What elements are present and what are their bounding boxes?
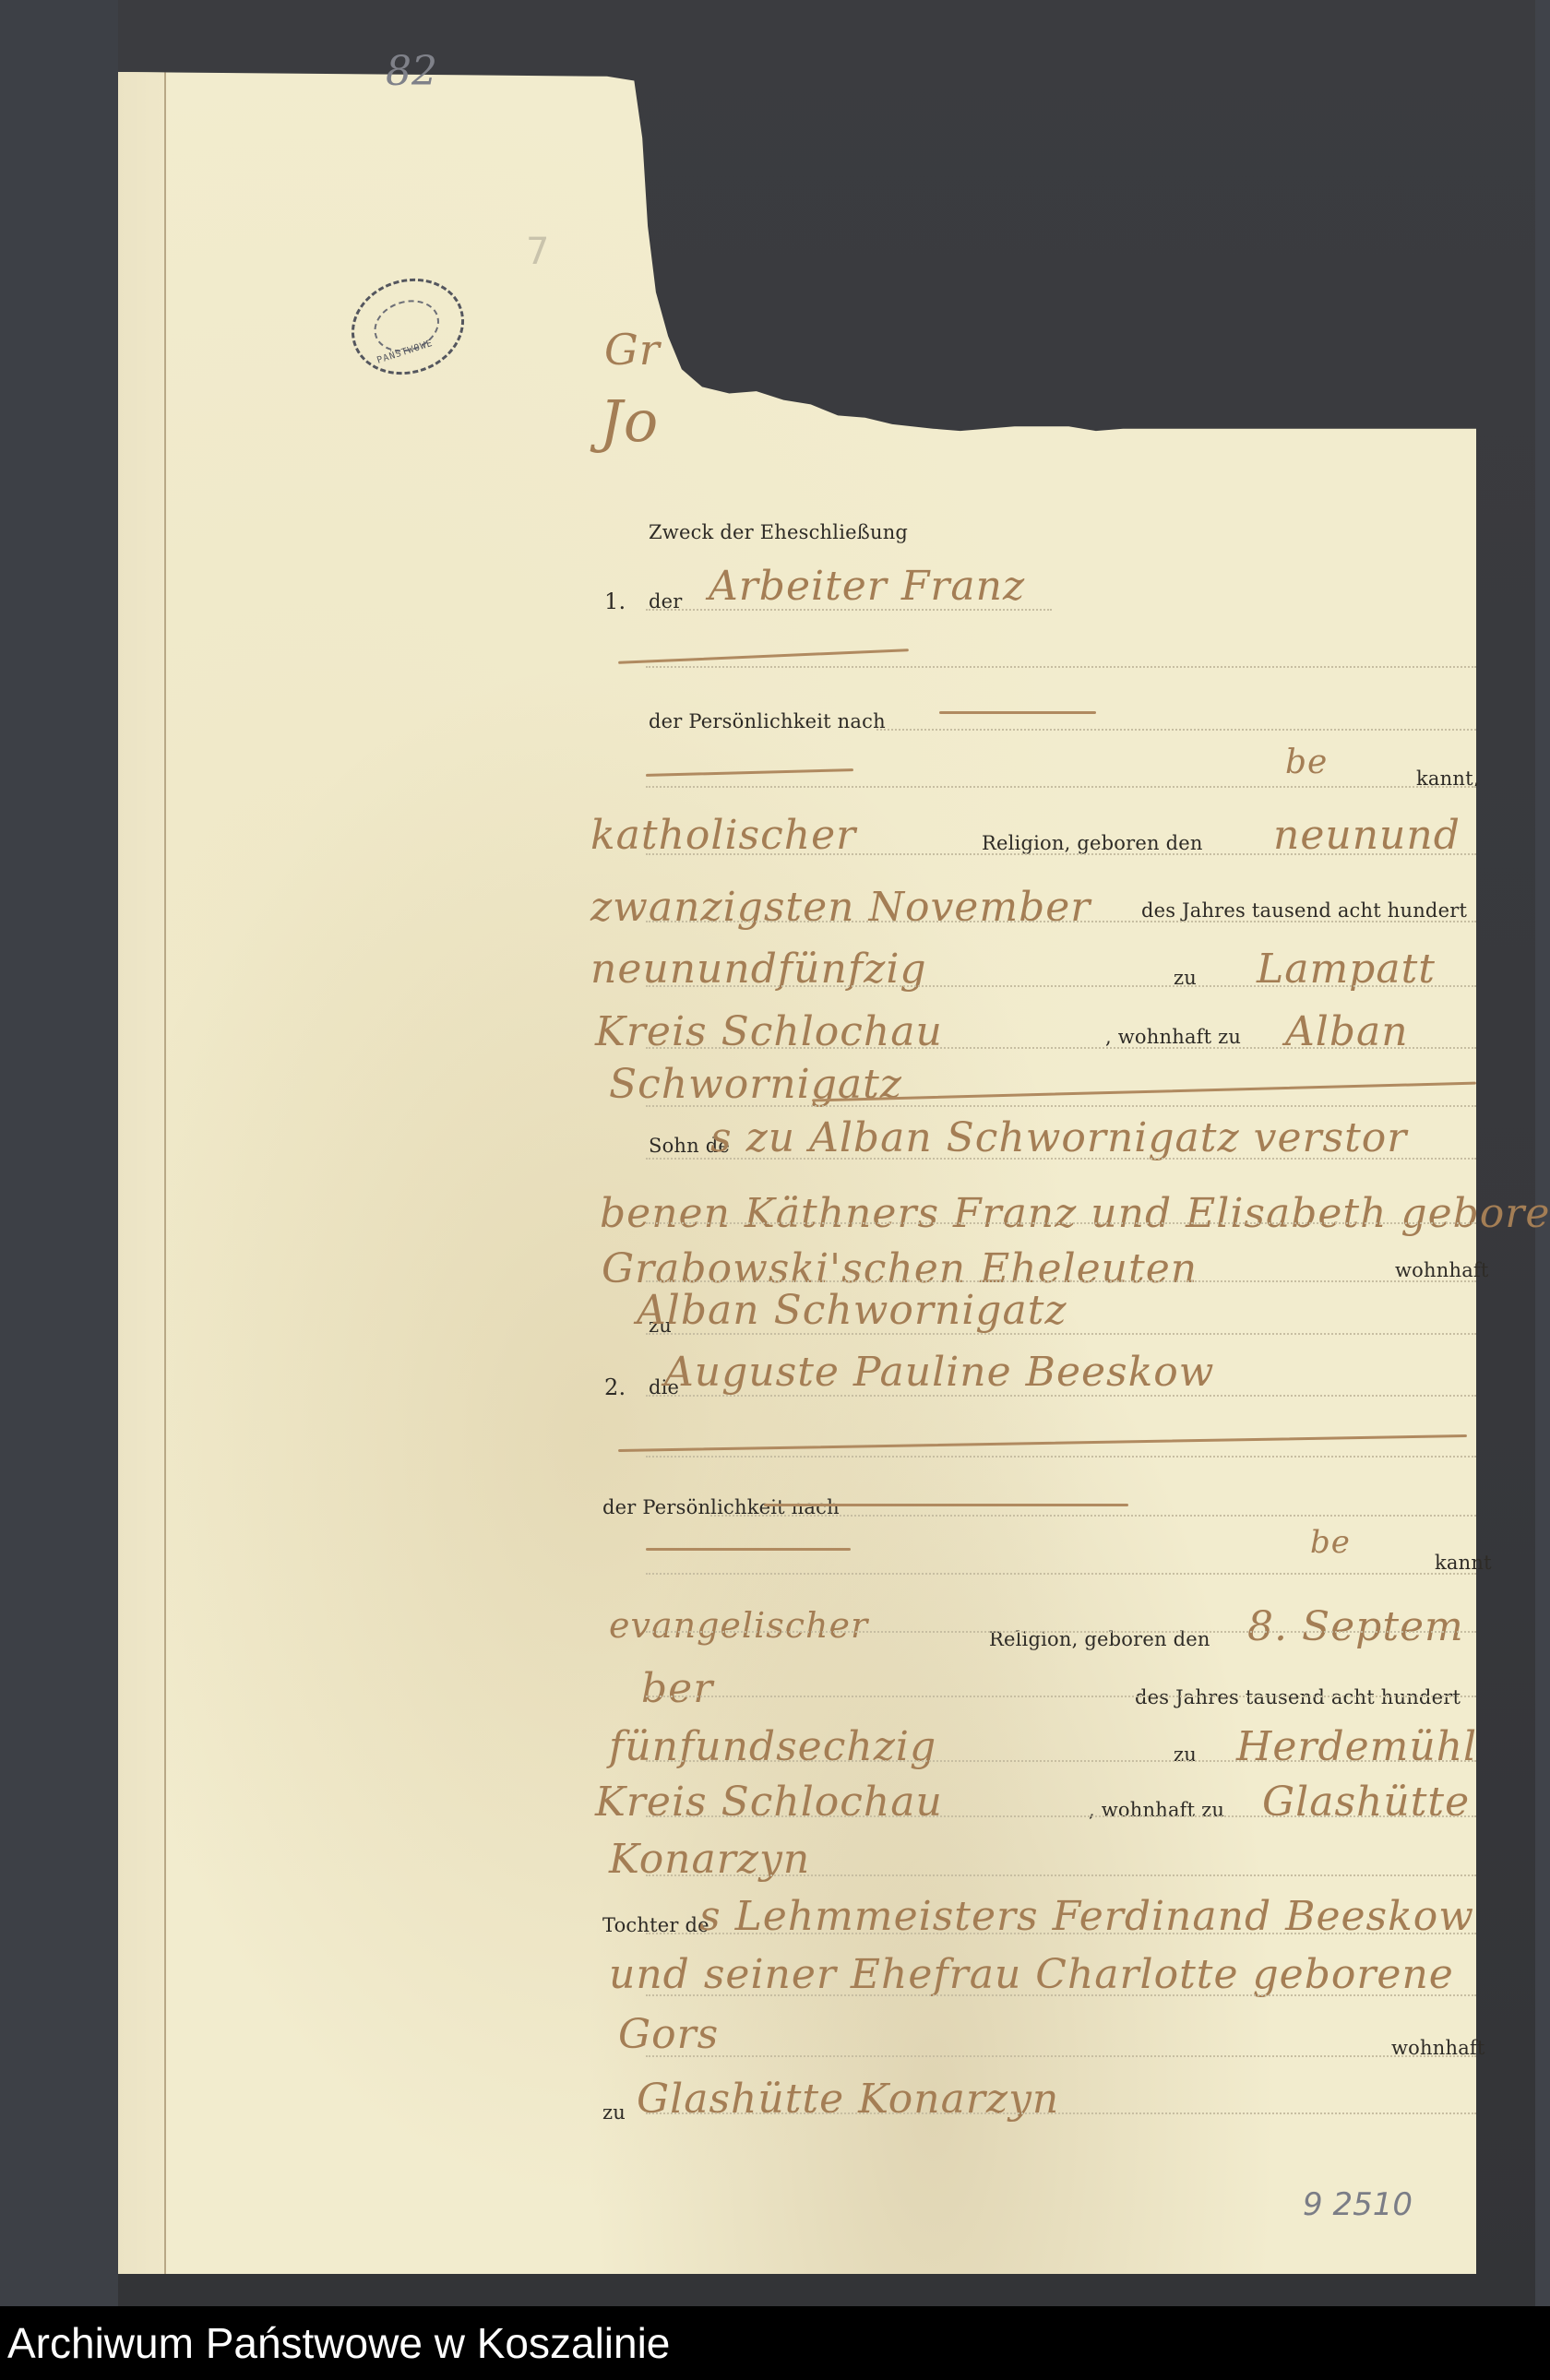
binding-strip [118,72,166,2274]
form-line [646,1933,1476,1934]
party-1-residence-2: Schwornigatz [609,1061,902,1108]
backdrop-right-edge [1535,0,1550,2306]
party-2-parents-residence-prefix: zu [602,2101,626,2124]
form-line [646,1395,1476,1397]
form-line [646,1815,1476,1817]
form-line [646,2112,1476,2114]
form-line [646,1760,1476,1762]
party-1-residence-label: , wohnhaft zu [1105,1026,1241,1048]
form-line [646,1573,1476,1575]
pencil-mark: 7 [526,231,549,273]
fill-stroke [764,1504,1128,1506]
form-line [646,1158,1476,1160]
form-line [646,1874,1476,1876]
header-hand-line-1: Gr [604,325,661,375]
fill-stroke [939,711,1096,714]
party-1-birth-day-2: zwanzigsten November [590,884,1091,931]
page-reference-number: 9 2510 [1303,2186,1413,2223]
form-line [646,1994,1476,1996]
party-1-number: 1. [604,589,626,614]
party-2-birthplace: Herdemühl [1236,1723,1477,1770]
form-line [710,1515,1476,1517]
party-2-district: Kreis Schlochau [595,1779,943,1826]
form-line [646,1280,1476,1282]
party-1-religion-label: Religion, geboren den [982,832,1203,854]
party-2-religion: evangelischer [609,1605,868,1646]
party-1-identity-label: der Persönlichkeit nach [649,710,886,732]
party-2-parents-3: Gors [618,2011,719,2058]
party-2-birth-year: fünfundsechzig [609,1723,936,1770]
form-line [646,1456,1476,1458]
form-line [646,786,1476,788]
form-line [646,1696,1476,1697]
party-2-year-label: des Jahres tausend acht hundert [1135,1686,1461,1708]
folio-number: 82 [386,48,437,95]
party-1-year-label: des Jahres tausend acht hundert [1141,899,1467,922]
party-2-name: Auguste Pauline Beeskow [664,1349,1214,1396]
party-1-parents-3: Grabowski'schen Eheleuten [602,1245,1198,1292]
party-2-birth-day: 8. Septem [1247,1603,1464,1650]
form-line [646,985,1476,987]
backdrop-left-panel [0,0,118,2306]
form-line [646,1105,1476,1107]
party-1-religion: katholischer [590,812,856,859]
party-1-name: Arbeiter Franz [709,563,1025,610]
party-2-number: 2. [604,1374,626,1400]
form-line [646,853,1476,855]
form-line [876,729,1476,731]
party-2-residence-label: , wohnhaft zu [1089,1799,1224,1821]
fill-stroke [646,1548,851,1551]
party-1-parents-residence-label: wohnhaft [1395,1259,1489,1281]
party-1-birth-day: neunund [1273,812,1461,859]
party-2-birthplace-label: zu [1174,1743,1197,1766]
archive-caption: Archiwum Państwowe w Koszalinie [7,2318,670,2368]
form-line [646,666,1476,668]
form-line [646,2055,1476,2057]
form-line [646,1333,1476,1335]
party-1-article: der [649,590,683,613]
party-1-parents-residence: Alban Schwornigatz [637,1287,1067,1334]
party-1-parents-1: s zu Alban Schwornigatz verstor [710,1114,1407,1161]
party-1-parents-2: benen Käthners Franz und Elisabeth gebor… [600,1190,1550,1237]
party-2-parents-residence: Glashütte Konarzyn [637,2076,1059,2123]
form-line [646,1222,1476,1224]
party-2-birth-day-2: ber [641,1665,713,1712]
purpose-label: Zweck der Eheschließung [649,521,908,543]
party-2-residence: Glashütte [1262,1779,1470,1826]
archive-caption-bar: Archiwum Państwowe w Koszalinie [0,2306,1550,2380]
header-hand-line-2: Jo [600,387,659,455]
party-2-parents-2: und seiner Ehefrau Charlotte geborene [609,1951,1454,1998]
party-2-known-suffix: be [1310,1524,1351,1561]
form-line [646,1631,1476,1633]
form-line [646,921,1476,922]
form-line [646,1047,1476,1049]
party-1-known-suffix: be [1285,744,1328,781]
party-2-known-label: kannt [1435,1552,1492,1574]
